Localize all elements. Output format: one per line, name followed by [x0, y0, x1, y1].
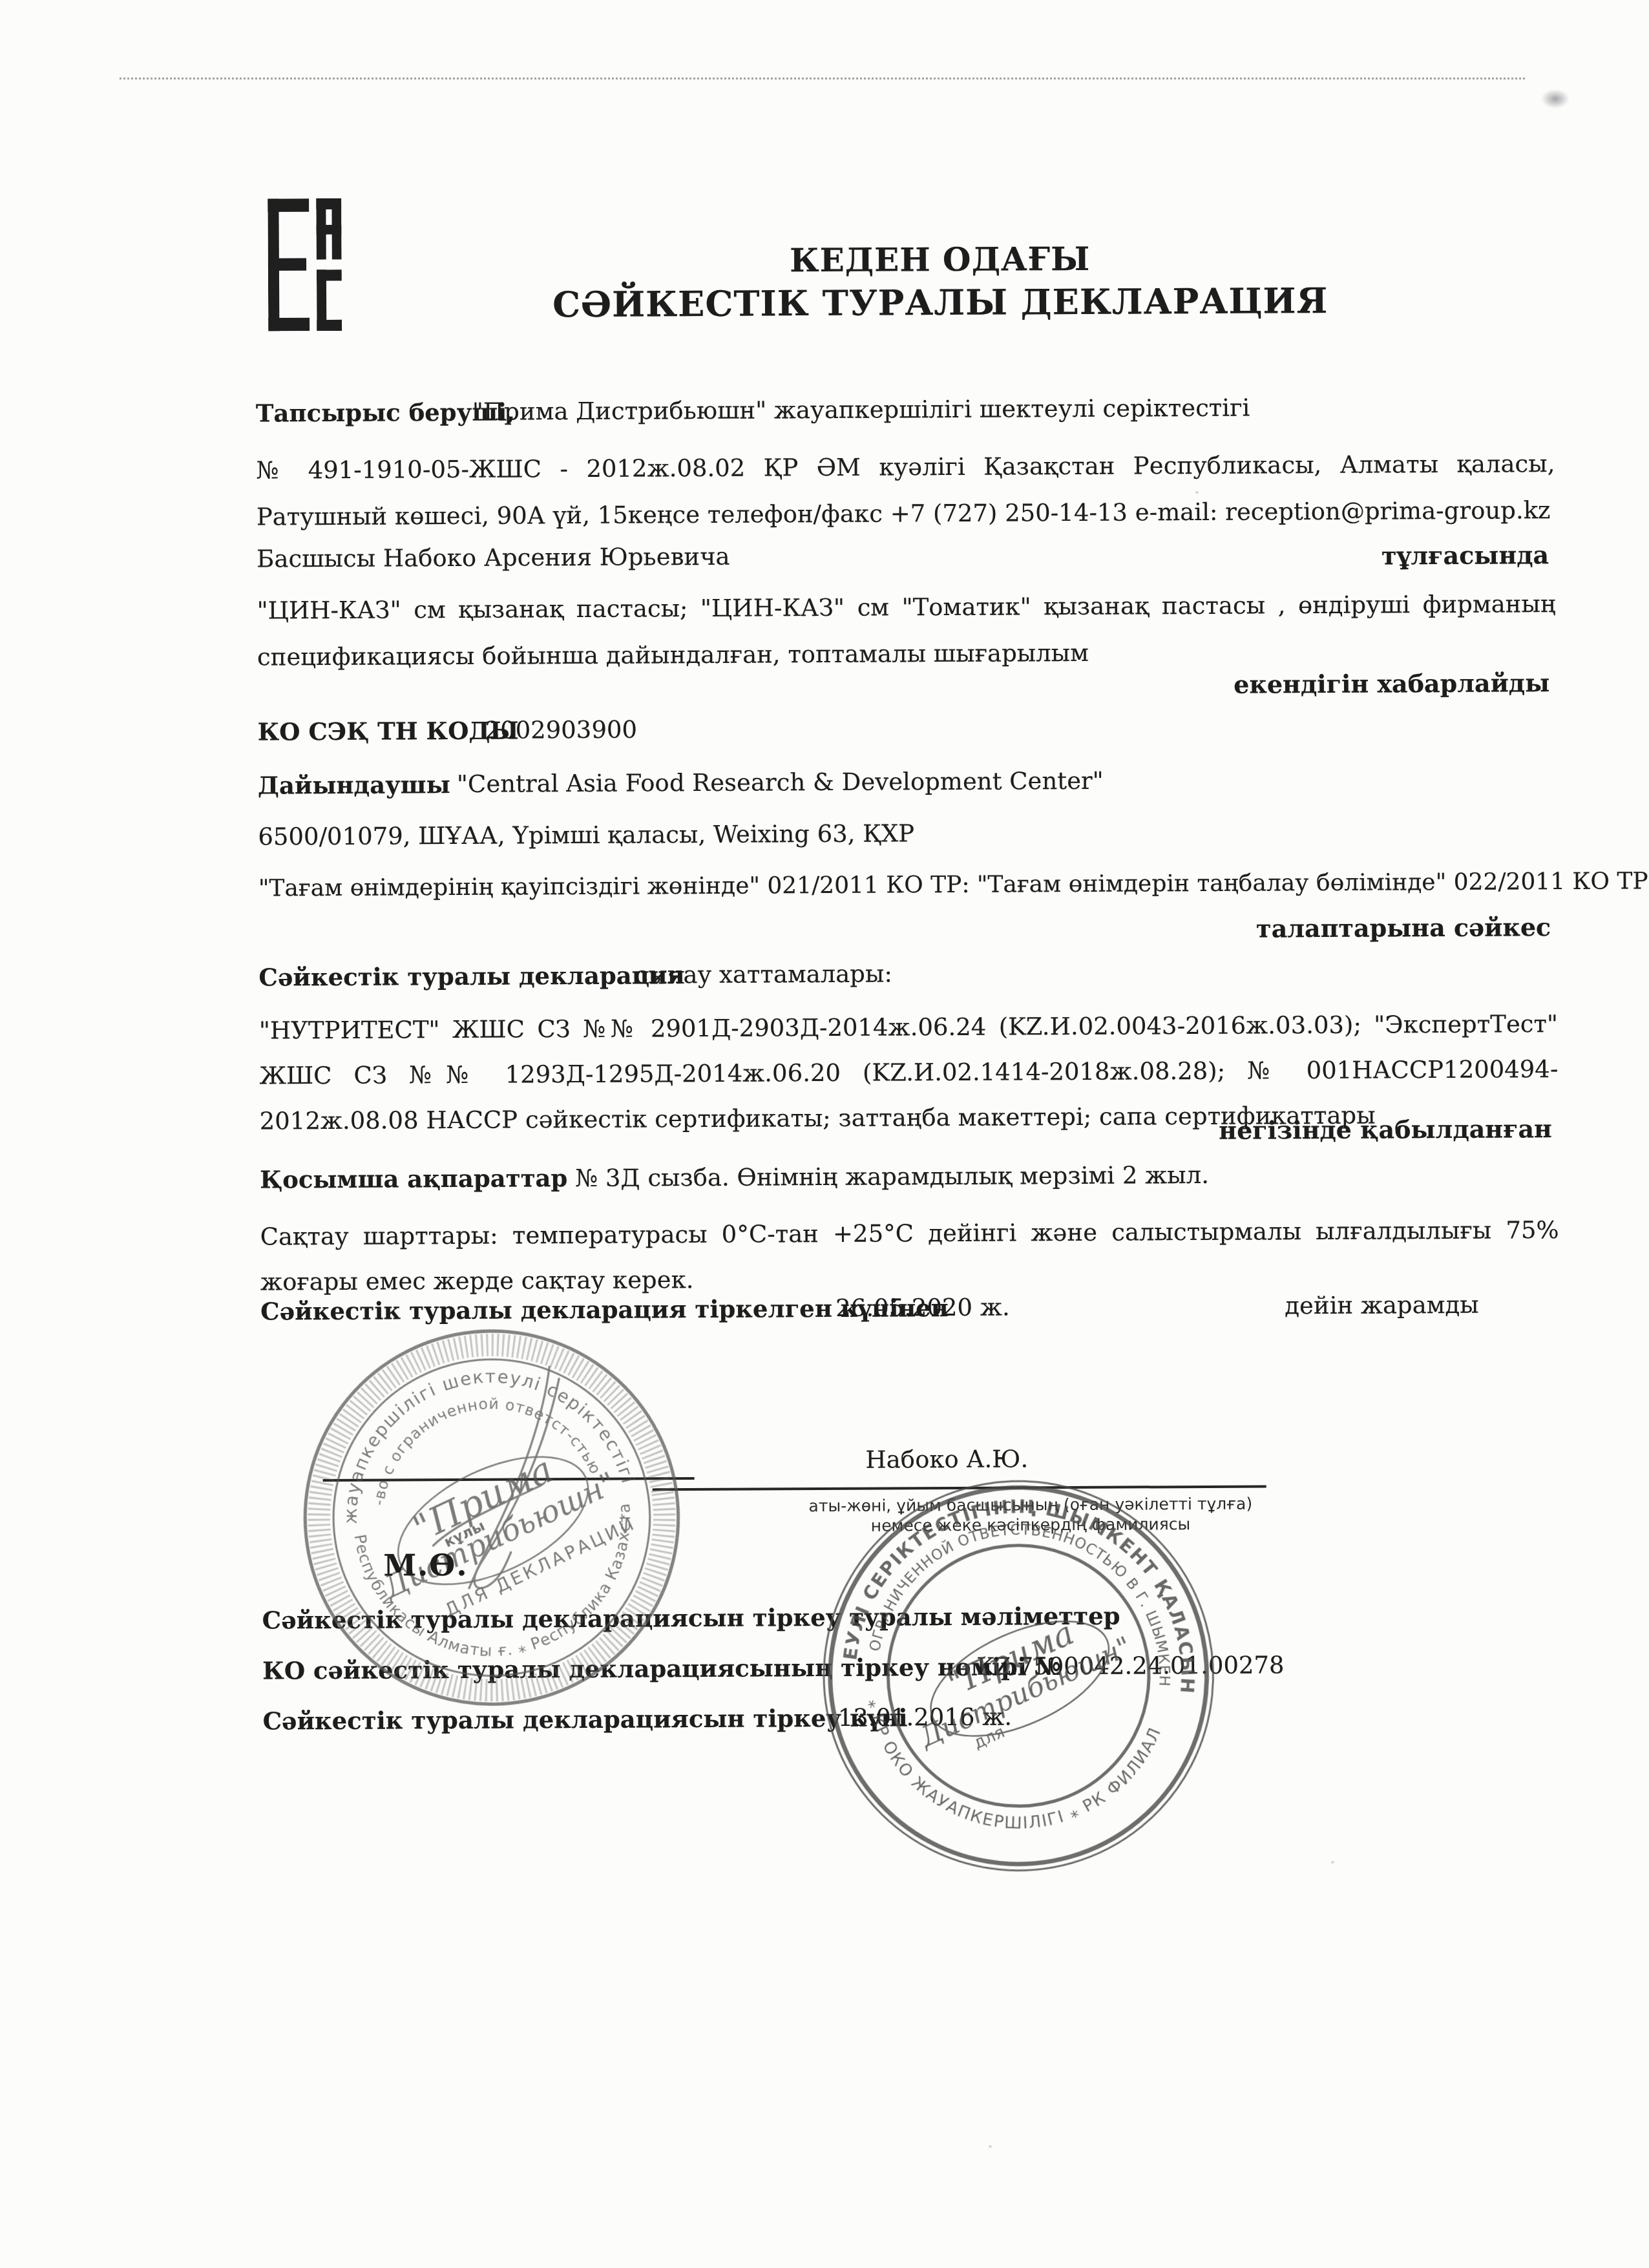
regulations-row: "Тағам өнімдерінің қауіпсіздігі жөнінде"…: [258, 867, 1557, 904]
manufacturer-label: Дайындаушы: [258, 770, 450, 800]
scanned-declaration-page: КЕДЕН ОДАҒЫ СӘЙКЕСТІК ТУРАЛЫ ДЕКЛАРАЦИЯ …: [0, 0, 1649, 2268]
title-line-2: СӘЙКЕСТІК ТУРАЛЫ ДЕКЛАРАЦИЯ: [410, 277, 1470, 328]
validity-suffix: дейін жарамды: [1285, 1290, 1479, 1321]
product-description: "ЦИН-КАЗ" см қызанақ пастасы; "ЦИН-КАЗ" …: [257, 581, 1556, 681]
additional-info-row: Қосымша ақпараттар № 3Д сызба. Өнімнің ж…: [260, 1158, 1559, 1195]
company-stamp-right: ШЕКТЕУЛІ СЕРІКТЕСТІГІНІҢ ШЫМКЕНТ ҚАЛАСЫН…: [796, 1453, 1241, 1898]
right-stamp-ring-bottom-text: ⁎ КР ОКО ЖАУАПКЕРШІЛІГІ ⁎ РК ФИЛИАЛ: [852, 1696, 1166, 1847]
right-stamp-center: "Прима Дистрибьюшн" для: [896, 1590, 1144, 1773]
in-person-word: тұлғасында: [257, 540, 1549, 576]
code-row: КО СЭҚ ТН КОДЫ 2002903900: [257, 710, 1556, 748]
additional-text: № 3Д сызба. Өнімнің жарамдылық мерзімі 2…: [567, 1161, 1209, 1192]
applicant-row: Тапсырыс беруші, "Прима Дистрибьюшн" жау…: [256, 392, 1555, 429]
document-title: КЕДЕН ОДАҒЫ СӘЙКЕСТІК ТУРАЛЫ ДЕКЛАРАЦИЯ: [410, 237, 1471, 328]
applicant-name: "Прима Дистрибьюшн" жауапкершілігі шекте…: [472, 394, 1250, 427]
eac-logo-glyphs: [268, 198, 342, 331]
manufacturer-row: Дайындаушы "Central Asia Food Research &…: [258, 764, 1557, 801]
basis-sublabel: сынау хаттамалары:: [635, 959, 892, 990]
basis-row: Сәйкестік туралы декларация сынау хаттам…: [258, 956, 1557, 993]
scan-content: КЕДЕН ОДАҒЫ СӘЙКЕСТІК ТУРАЛЫ ДЕКЛАРАЦИЯ …: [0, 0, 1649, 2268]
code-value: 2002903900: [485, 715, 637, 746]
declares-word: екендігін хабарлайды: [257, 668, 1549, 704]
additional-label: Қосымша ақпараттар: [260, 1164, 567, 1193]
regulations-line: "Тағам өнімдерінің қауіпсіздігі жөнінде"…: [258, 868, 1648, 901]
adopted-word: негізінде қабылданған: [260, 1114, 1588, 1150]
complies-word: талаптарына сәйкес: [258, 912, 1551, 948]
basis-label: Сәйкестік туралы декларация: [258, 961, 684, 991]
company-stamp-left: жауапкершілігі шектеулі серіктестігі -во…: [268, 1294, 716, 1742]
eac-logo: [268, 198, 342, 331]
svg-text:⁎ КР ОКО ЖАУАПКЕРШІЛІГІ ⁎ РК Ф: ⁎ КР ОКО ЖАУАПКЕРШІЛІГІ ⁎ РК ФИЛИАЛ: [852, 1696, 1166, 1847]
validity-date: 26.05.2020 ж.: [835, 1293, 1010, 1323]
manufacturer-address-row: 6500/01079, ШҰАА, Үрімші қаласы, Weixing…: [258, 815, 1557, 852]
seal-place-mark: М.Ө.: [383, 1548, 468, 1583]
scan-artifact-dotted-line: [120, 78, 1525, 79]
title-line-1: КЕДЕН ОДАҒЫ: [410, 237, 1470, 283]
manufacturer-address: 6500/01079, ШҰАА, Үрімші қаласы, Weixing…: [258, 819, 914, 850]
validity-row: Сәйкестік туралы декларация тіркелген кү…: [260, 1290, 1559, 1327]
code-label: КО СЭҚ ТН КОДЫ: [257, 716, 518, 746]
applicant-details: № 491-1910-05-ЖШС - 2012ж.08.02 ҚР ӘМ ку…: [256, 441, 1555, 541]
manufacturer-name: "Central Asia Food Research & Developmen…: [457, 766, 1104, 799]
